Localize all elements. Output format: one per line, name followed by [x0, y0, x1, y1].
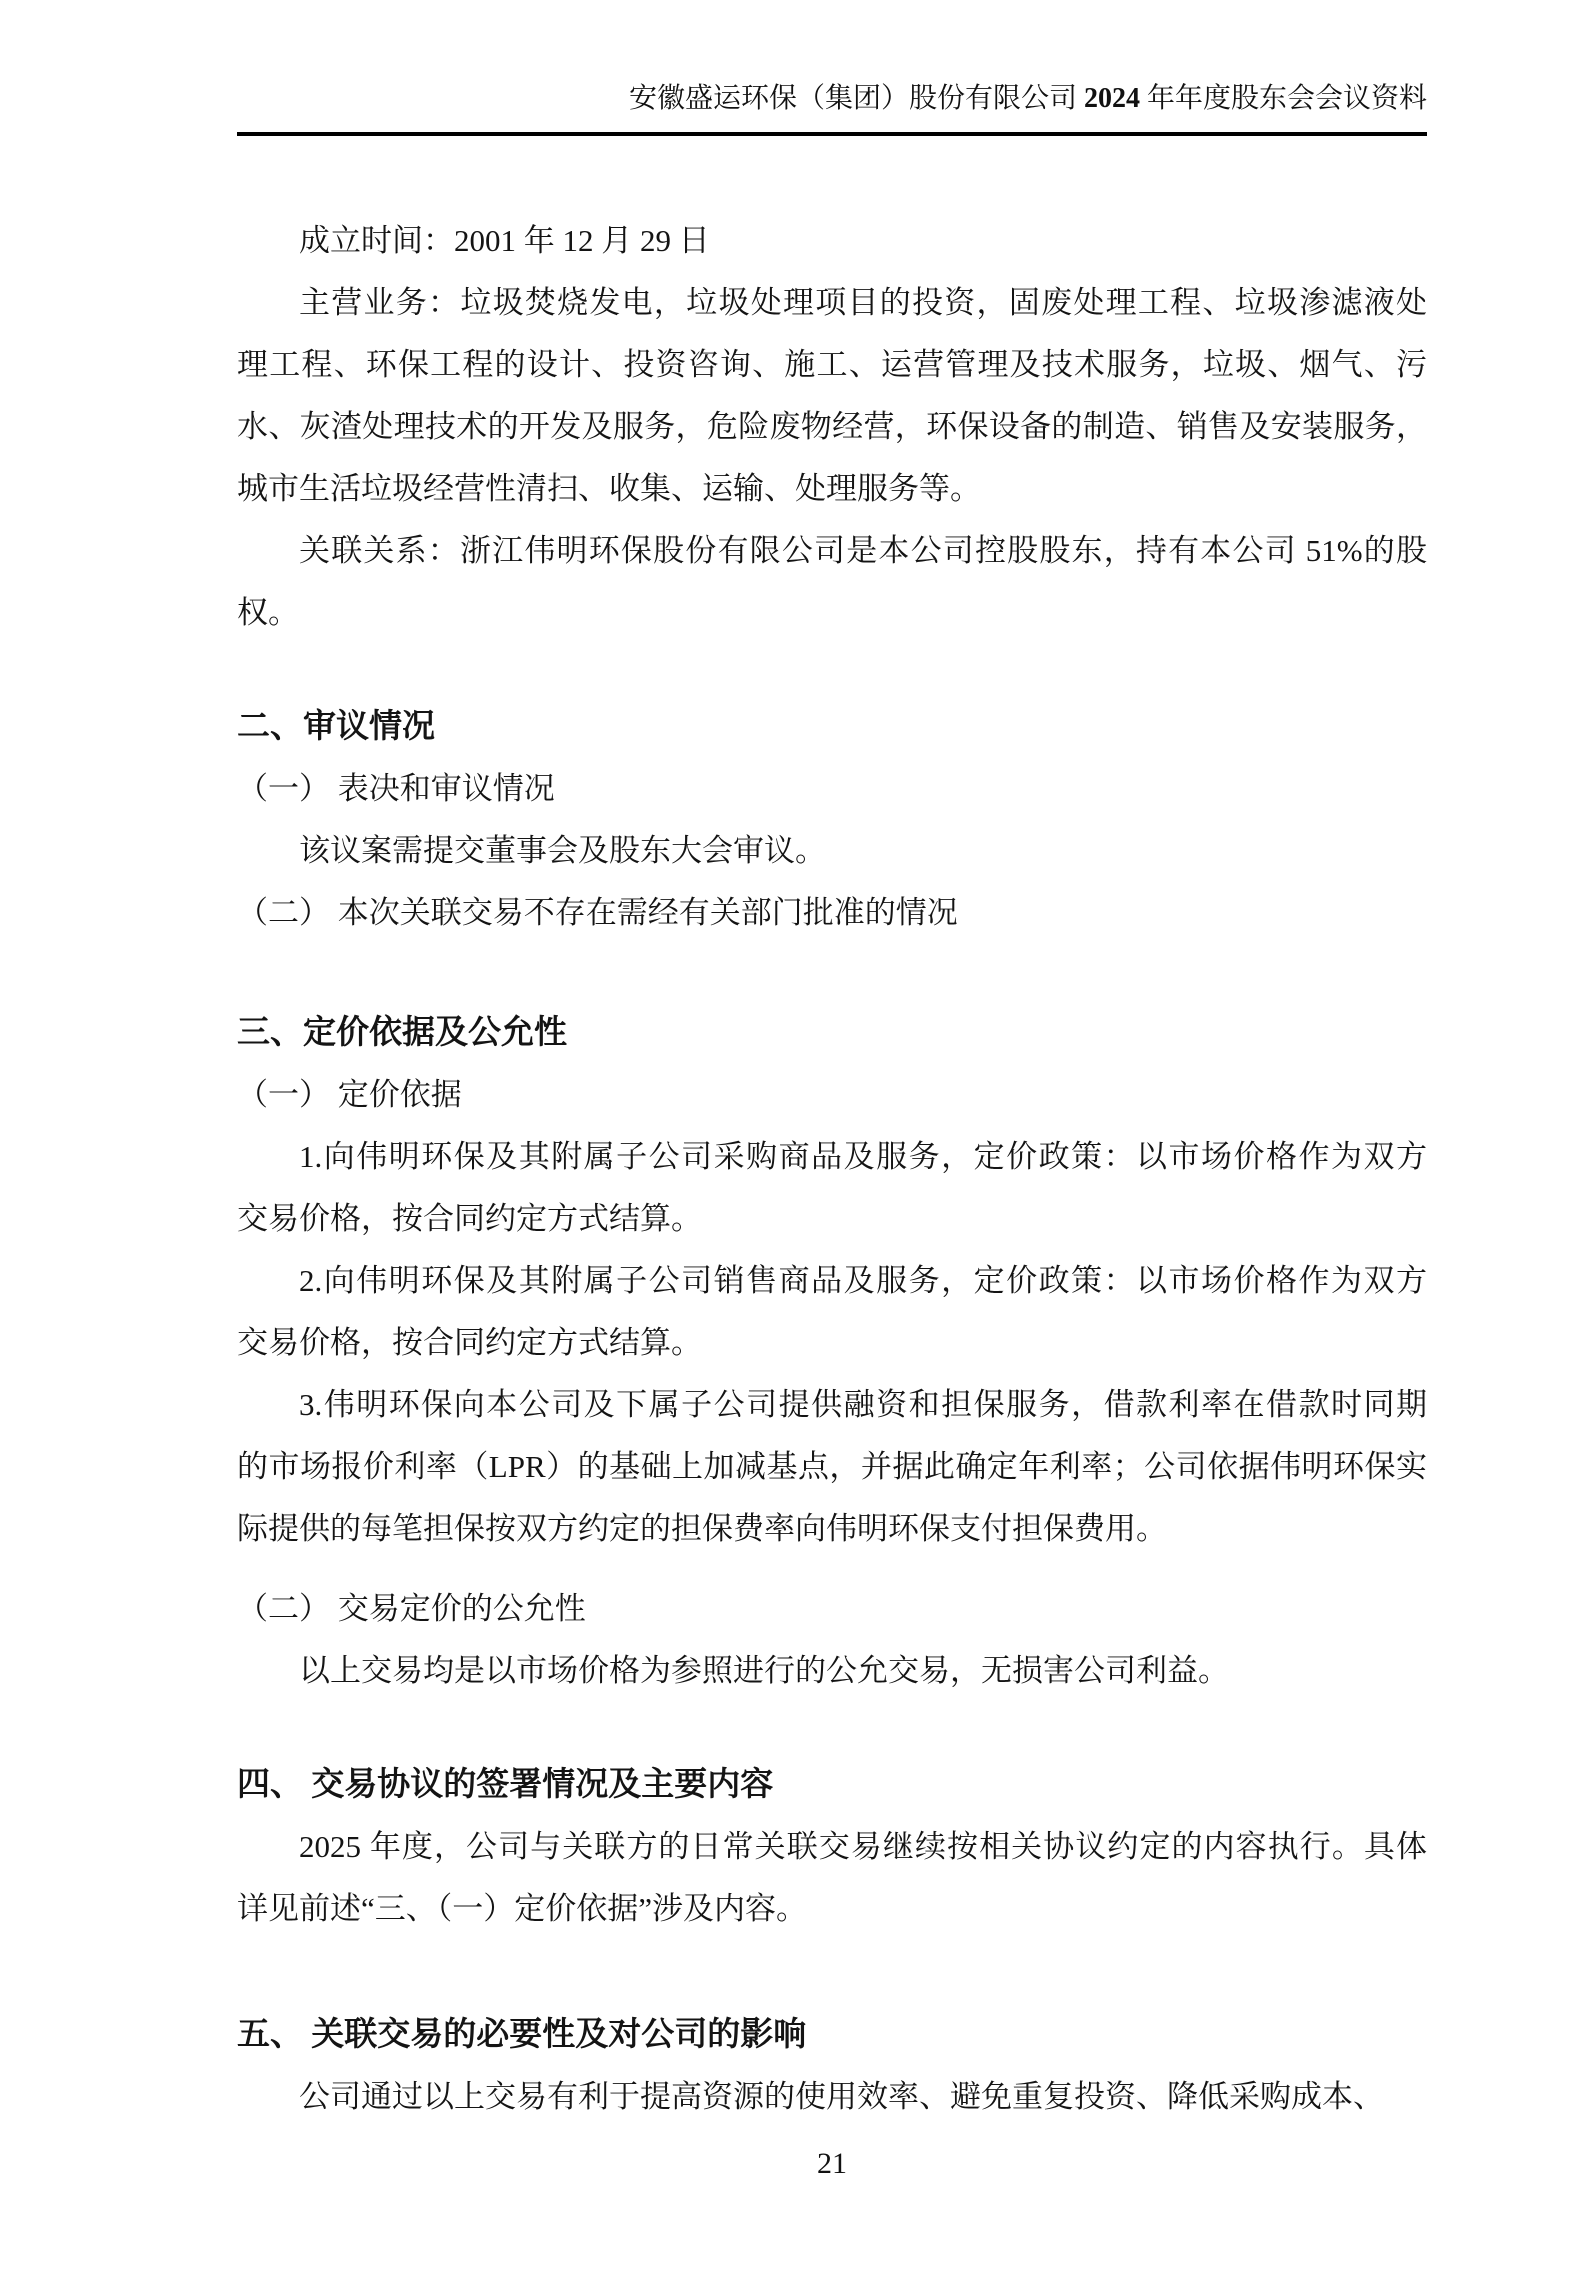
- text-line: 该议案需提交董事会及股东大会审议。: [237, 820, 1427, 882]
- paragraph: 2.向伟明环保及其附属子公司销售商品及服务，定价政策：以市场价格作为双方交易价格…: [237, 1250, 1427, 1374]
- text-line: （一） 表决和审议情况: [237, 758, 1427, 820]
- paragraph: 该议案需提交董事会及股东大会审议。: [237, 820, 1427, 882]
- paragraph: 主营业务：垃圾焚烧发电，垃圾处理项目的投资，固废处理工程、垃圾渗滤液处理工程、环…: [237, 272, 1427, 520]
- text-line: 际提供的每笔担保按双方约定的担保费率向伟明环保支付担保费用。: [237, 1498, 1427, 1560]
- text-line: 三、定价依据及公允性: [237, 1002, 1427, 1064]
- text-line: 2025 年度，公司与关联方的日常关联交易继续按相关协议约定的内容执行。具体: [237, 1816, 1427, 1878]
- text-line: 理工程、环保工程的设计、投资咨询、施工、运营管理及技术服务，垃圾、烟气、污: [237, 334, 1427, 396]
- paragraph: （二） 本次关联交易不存在需经有关部门批准的情况: [237, 882, 1427, 944]
- section-heading: 三、定价依据及公允性: [237, 1002, 1427, 1064]
- section-heading: 四、 交易协议的签署情况及主要内容: [237, 1754, 1427, 1816]
- paragraph: （二） 交易定价的公允性: [237, 1578, 1427, 1640]
- paragraph: 2025 年度，公司与关联方的日常关联交易继续按相关协议约定的内容执行。具体详见…: [237, 1816, 1427, 1940]
- text-line: 公司通过以上交易有利于提高资源的使用效率、避免重复投资、降低采购成本、: [237, 2066, 1427, 2128]
- text-line: 的市场报价利率（LPR）的基础上加减基点，并据此确定年利率；公司依据伟明环保实: [237, 1436, 1427, 1498]
- text-line: 四、 交易协议的签署情况及主要内容: [237, 1754, 1427, 1816]
- text-line: 权。: [237, 582, 1427, 644]
- page-number: 21: [237, 2144, 1427, 2184]
- text-line: 1.向伟明环保及其附属子公司采购商品及服务，定价政策：以市场价格作为双方: [237, 1126, 1427, 1188]
- header-year-text: 2024: [1084, 83, 1140, 114]
- paragraph: （一） 定价依据: [237, 1064, 1427, 1126]
- paragraph: 1.向伟明环保及其附属子公司采购商品及服务，定价政策：以市场价格作为双方交易价格…: [237, 1126, 1427, 1250]
- document-page: 安徽盛运环保（集团）股份有限公司 2024 年年度股东会会议资料 成立时间：20…: [0, 0, 1586, 2269]
- text-line: 成立时间：2001 年 12 月 29 日: [237, 210, 1427, 272]
- paragraph: （一） 表决和审议情况: [237, 758, 1427, 820]
- text-line: 3.伟明环保向本公司及下属子公司提供融资和担保服务，借款利率在借款时同期: [237, 1374, 1427, 1436]
- text-line: 城市生活垃圾经营性清扫、收集、运输、处理服务等。: [237, 458, 1427, 520]
- text-line: 水、灰渣处理技术的开发及服务，危险废物经营，环保设备的制造、销售及安装服务，: [237, 396, 1427, 458]
- header-meeting-text: 年年度股东会会议资料: [1140, 83, 1427, 114]
- text-line: （二） 本次关联交易不存在需经有关部门批准的情况: [237, 882, 1427, 944]
- text-line: （二） 交易定价的公允性: [237, 1578, 1427, 1640]
- text-line: 交易价格，按合同约定方式结算。: [237, 1188, 1427, 1250]
- paragraph: 以上交易均是以市场价格为参照进行的公允交易，无损害公司利益。: [237, 1640, 1427, 1702]
- header-company-text: 安徽盛运环保（集团）股份有限公司: [629, 83, 1084, 114]
- text-line: 以上交易均是以市场价格为参照进行的公允交易，无损害公司利益。: [237, 1640, 1427, 1702]
- text-line: 二、审议情况: [237, 696, 1427, 758]
- paragraph: 关联关系：浙江伟明环保股份有限公司是本公司控股股东，持有本公司 51%的股权。: [237, 520, 1427, 644]
- text-line: 主营业务：垃圾焚烧发电，垃圾处理项目的投资，固废处理工程、垃圾渗滤液处: [237, 272, 1427, 334]
- paragraph: 3.伟明环保向本公司及下属子公司提供融资和担保服务，借款利率在借款时同期的市场报…: [237, 1374, 1427, 1560]
- paragraph: 公司通过以上交易有利于提高资源的使用效率、避免重复投资、降低采购成本、: [237, 2066, 1427, 2128]
- text-line: 关联关系：浙江伟明环保股份有限公司是本公司控股股东，持有本公司 51%的股: [237, 520, 1427, 582]
- text-line: （一） 定价依据: [237, 1064, 1427, 1126]
- section-heading: 五、 关联交易的必要性及对公司的影响: [237, 2004, 1427, 2066]
- paragraph: 成立时间：2001 年 12 月 29 日: [237, 210, 1427, 272]
- page-header: 安徽盛运环保（集团）股份有限公司 2024 年年度股东会会议资料: [237, 0, 1427, 136]
- document-content: 成立时间：2001 年 12 月 29 日主营业务：垃圾焚烧发电，垃圾处理项目的…: [237, 136, 1427, 2128]
- text-line: 交易价格，按合同约定方式结算。: [237, 1312, 1427, 1374]
- text-line: 2.向伟明环保及其附属子公司销售商品及服务，定价政策：以市场价格作为双方: [237, 1250, 1427, 1312]
- text-line: 详见前述“三、（一）定价依据”涉及内容。: [237, 1878, 1427, 1940]
- text-line: 五、 关联交易的必要性及对公司的影响: [237, 2004, 1427, 2066]
- section-heading: 二、审议情况: [237, 696, 1427, 758]
